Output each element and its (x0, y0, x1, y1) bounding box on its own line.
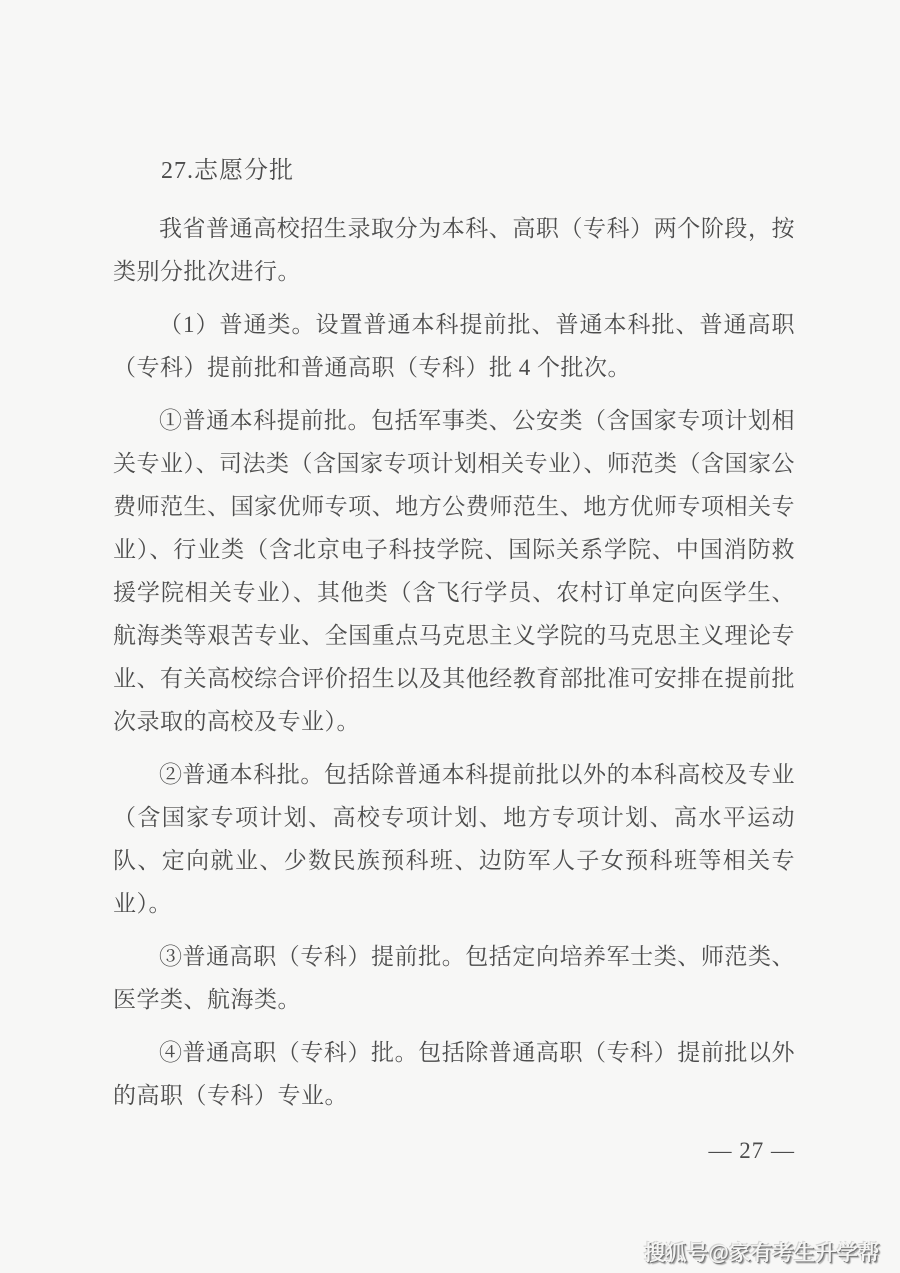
document-page: 27.志愿分批 我省普通高校招生录取分为本科、高职（专科）两个阶段，按类别分批次… (0, 0, 900, 1273)
paragraph-batch-3-vocational-advance: ③普通高职（专科）提前批。包括定向培养军士类、师范类、医学类、航海类。 (113, 935, 795, 1021)
paragraph-category-general: （1）普通类。设置普通本科提前批、普通本科批、普通高职（专科）提前批和普通高职（… (113, 303, 795, 389)
watermark-sohu-account: 搜狐号@家有考生升学帮 (644, 1237, 880, 1267)
page-number: — 27 — (113, 1129, 795, 1172)
paragraph-batch-4-vocational: ④普通高职（专科）批。包括除普通高职（专科）提前批以外的高职（专科）专业。 (113, 1031, 795, 1117)
paragraph-batch-2-undergrad: ②普通本科批。包括除普通本科提前批以外的本科高校及专业（含国家专项计划、高校专项… (113, 753, 795, 925)
paragraph-intro: 我省普通高校招生录取分为本科、高职（专科）两个阶段，按类别分批次进行。 (113, 207, 795, 293)
paragraph-batch-1-undergrad-advance: ①普通本科提前批。包括军事类、公安类（含国家专项计划相关专业）、司法类（含国家专… (113, 399, 795, 743)
document-content: 27.志愿分批 我省普通高校招生录取分为本科、高职（专科）两个阶段，按类别分批次… (113, 150, 795, 1172)
section-heading: 27.志愿分批 (113, 150, 795, 193)
